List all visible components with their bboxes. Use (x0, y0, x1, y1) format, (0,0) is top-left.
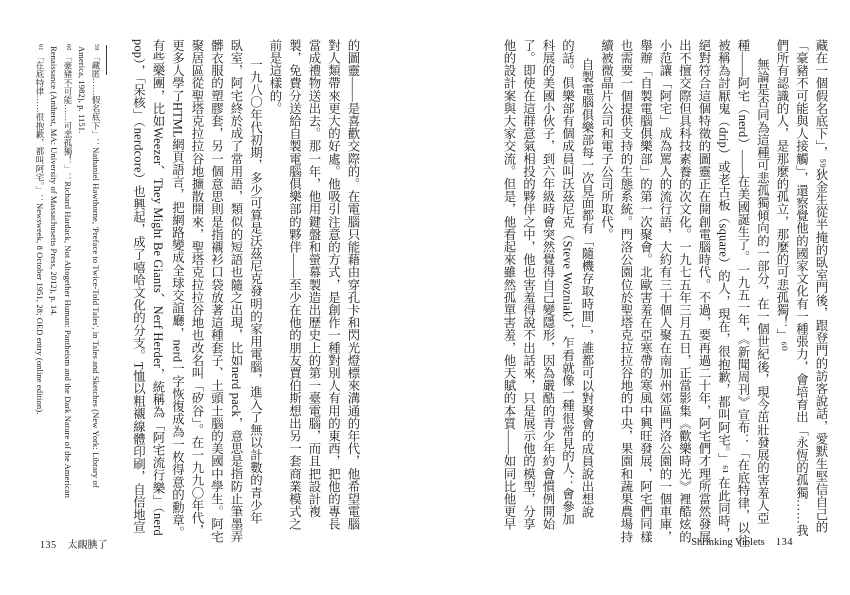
footnote-column: America, 1982), p. 1151. (75, 44, 89, 498)
text-column: 髒衣服的塑膠套，另一個意思則是指襯衫口袋放著這種套子、土頭土腦的美國中學生。阿宅 (206, 39, 226, 543)
text-column: 的圖靈——是喜歡交際的。在電腦只能藉由穿孔卡和閃光燈標來溝通的年代，他希望電腦 (343, 39, 363, 543)
text-column: 自製電腦俱樂部每一次見面都有「隨機存取時間」，誰都可以對聚會的成員說出想說 (577, 39, 597, 547)
footnote-text: 「藏匿……假名底下」：Nathaniel Hawthorne, 'Preface… (91, 53, 101, 488)
text-column: 他的設計案與大家交流。但是，他看起來雖然孤單害羞，他天賦的本質——如同比他更早 (499, 39, 519, 547)
text-column: 科展的美國小伙子，到六年級時會突然覺得自己變隱形，因為嚴酷的青少年約會慣例開始 (538, 39, 558, 547)
text-column: 當成禮物送出去。那一年，他用鍵盤和螢幕製造出歷史上的第一臺電腦，而且把設計複 (304, 39, 324, 543)
page-number-right: 134 (776, 537, 793, 548)
footnote-separator (106, 45, 107, 75)
text-column: 藏在一個假名底下」，⁵⁹狄金生從半掩的臥室門後，跟登門的訪客說話，愛默生堅信自己… (811, 39, 831, 547)
text-column: 製，免費分送給自製電腦俱樂部的夥伴——至少在他的朋友賈伯斯想出另一套商業模式之 (284, 39, 304, 543)
footnote-column: 61「在底特律……很抱歉，都叫阿宅。」：Newsweek, 8 October … (33, 44, 47, 498)
text-column: pop），「呆核」（nerdcore）也興起，成了嘻哈文化的分支。T恤以粗襯線體… (128, 39, 148, 543)
chapter-title: 太靦腆了 (68, 540, 108, 551)
footer-right: Shrinking Violets134 (691, 537, 793, 548)
text-column: 被稱為討厭鬼（drip）或老古板（square）的人，現在，很抱歉，都叫阿宅。」… (713, 39, 733, 547)
book-title: Shrinking Violets (691, 537, 765, 548)
text-column: 續被微晶片公司和電子公司所取代。 (596, 39, 616, 547)
footnote-marker: 60 (65, 44, 72, 51)
text-column: 的話。俱樂部有個成員叫沃茲尼克（Steve Wozniak），乍看就像一種很常見… (557, 39, 577, 547)
text-column: 舉辦「自製電腦俱樂部」的第一次聚會。北歐害羞在亞寒帶的寒風中興旺發展，阿宅們同樣 (635, 39, 655, 547)
page-number-left: 135 (40, 540, 57, 551)
page-left-text: 的圖靈——是喜歡交際的。在電腦只能藉由穿孔卡和閃光燈標來溝通的年代，他希望電腦 … (128, 39, 362, 543)
text-column: 有些樂團，比如Weezer、They Might Be Giants、Nerf … (148, 39, 168, 543)
text-column: 小范讓「阿宅」成為罵人的流行語，大約有三十個人聚在南加州郊區門洛公園的一個車庫， (655, 39, 675, 547)
footnote-text: 「在底特律……很抱歉，都叫阿宅。」：Newsweek, 8 October 19… (35, 53, 45, 415)
text-column: 無論是否同為這種可悲孤獨傾向的一部分，在一個世紀後，現今茁壯發展的害羞人亞 (752, 39, 772, 547)
footnote-column: 59「藏匿……假名底下」：Nathaniel Hawthorne, 'Prefa… (89, 44, 103, 498)
text-column: 絕對符合這個特徵的圖靈正在開創電腦時代。不過，要再過二十年，阿宅們才理所當然發展 (694, 39, 714, 547)
footnote-text: America, 1982), p. 1151. (77, 46, 87, 133)
text-column: 們所有認識的人，是那麼的孤立，那麼的可悲孤獨！」⁶⁰ (772, 39, 792, 547)
text-column: 出不擅交際但具科技素養的次文化。一九七五年三月五日，正當影集《歡樂時光》裡酷炫的 (674, 39, 694, 547)
text-column: 聚居區從聖塔克拉拉谷地擴散開來，聖塔克拉拉谷地也改名叫「矽谷」。在一九九〇年代， (187, 39, 207, 543)
book-spread: 藏在一個假名底下」，⁵⁹狄金生從半掩的臥室門後，跟登門的訪客說話，愛默生堅信自己… (0, 0, 850, 595)
footnote-text: Renaissance (Amherst, MA: University of … (49, 46, 59, 316)
text-column: 也需要一個提供支持的生態系統。門洛公園位於聖塔克拉拉谷地的中央，果園和蔬果農場持 (616, 39, 636, 547)
footnote-text: 「豪豬不可能……可悲孤獨！」：Richard Hardack, Not Alto… (63, 53, 73, 498)
footnote-marker: 59 (93, 44, 100, 51)
text-column: 了。即使在這群意氣相投的夥伴之中，他也害羞得說不出話來，只是展示他的模型，分享 (518, 39, 538, 547)
footnotes: 59「藏匿……假名底下」：Nathaniel Hawthorne, 'Prefa… (33, 44, 103, 498)
text-column: 「豪豬不可能與人接觸」，還察覺他的國家文化有一種張力，會培育出「永恆的孤獨……我 (791, 39, 811, 547)
text-column: 一九八〇年代初期，多少可算是沃茲尼克發明的家用電腦，進入了無以計數的青少年 (245, 39, 265, 543)
text-column: 前是這樣的。 (265, 39, 285, 543)
text-column: 臥室，阿宅終於成了常用語，類似的短語也隨之出現，比如nerd pack，意思是指… (226, 39, 246, 543)
footnote-marker: 61 (37, 44, 44, 51)
footnote-column: Renaissance (Amherst, MA: University of … (47, 44, 61, 498)
text-column: 對人類帶來更大的好處。他吸引注意的方式，是創作一種對別人有用的東西，把他的專長 (323, 39, 343, 543)
text-column: 更多人學了HTML網頁語言，把網路變成全球交誼廳，nerd一字恢復成為一枚得意的… (167, 39, 187, 543)
footer-left: 135太靦腆了 (40, 536, 108, 551)
page-right-text: 藏在一個假名底下」，⁵⁹狄金生從半掩的臥室門後，跟登門的訪客說話，愛默生堅信自己… (499, 39, 831, 547)
footnote-column: 60「豪豬不可能……可悲孤獨！」：Richard Hardack, Not Al… (61, 44, 75, 498)
text-column: 種——阿宅（nerd）——在美國誕生了。一九五一年，《新聞周刊》宣布：「在底特律… (733, 39, 753, 547)
